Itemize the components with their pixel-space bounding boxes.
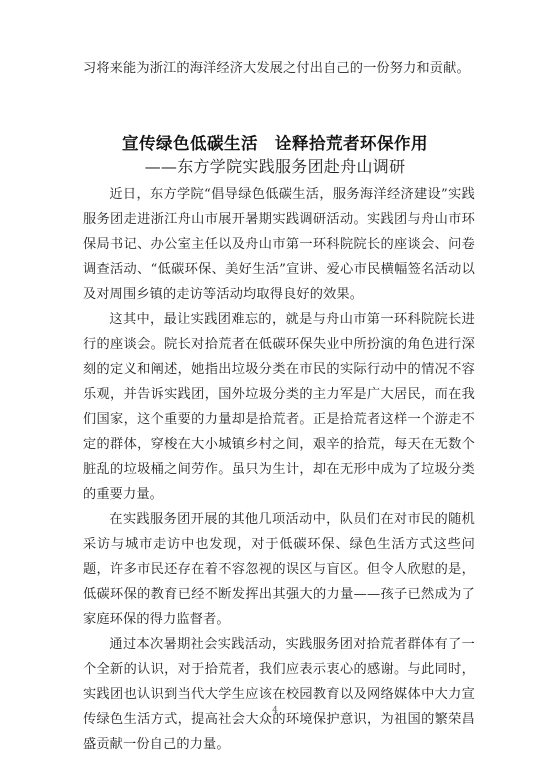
paragraph-1: 近日，东方学院“倡导绿色低碳生活，服务海洋经济建设”实践服务团走进浙江舟山市展开…	[83, 182, 475, 307]
document-page: 习将来能为浙江的海洋经济大发展之付出自己的一份努力和贡献。 宣传绿色低碳生活 诠…	[0, 0, 550, 777]
page-number: 4	[0, 706, 550, 716]
paragraph-4: 通过本次暑期社会实践活动，实践服务团对拾荒者群体有了一个全新的认识，对于拾荒者，…	[83, 632, 475, 757]
carryover-paragraph: 习将来能为浙江的海洋经济大发展之付出自己的一份努力和贡献。	[83, 56, 475, 81]
paragraph-2: 这其中，最让实践团难忘的，就是与舟山市第一环科院院长进行的座谈会。院长对拾荒者在…	[83, 307, 475, 507]
article-title: 宣传绿色低碳生活 诠释拾荒者环保作用	[0, 130, 550, 154]
paragraph-3: 在实践服务团开展的其他几项活动中，队员们在对市民的随机采访与城市走访中也发现，对…	[83, 507, 475, 632]
article-subtitle: ——东方学院实践服务团赴舟山调研	[0, 154, 550, 177]
article-body: 近日，东方学院“倡导绿色低碳生活，服务海洋经济建设”实践服务团走进浙江舟山市展开…	[83, 182, 475, 757]
